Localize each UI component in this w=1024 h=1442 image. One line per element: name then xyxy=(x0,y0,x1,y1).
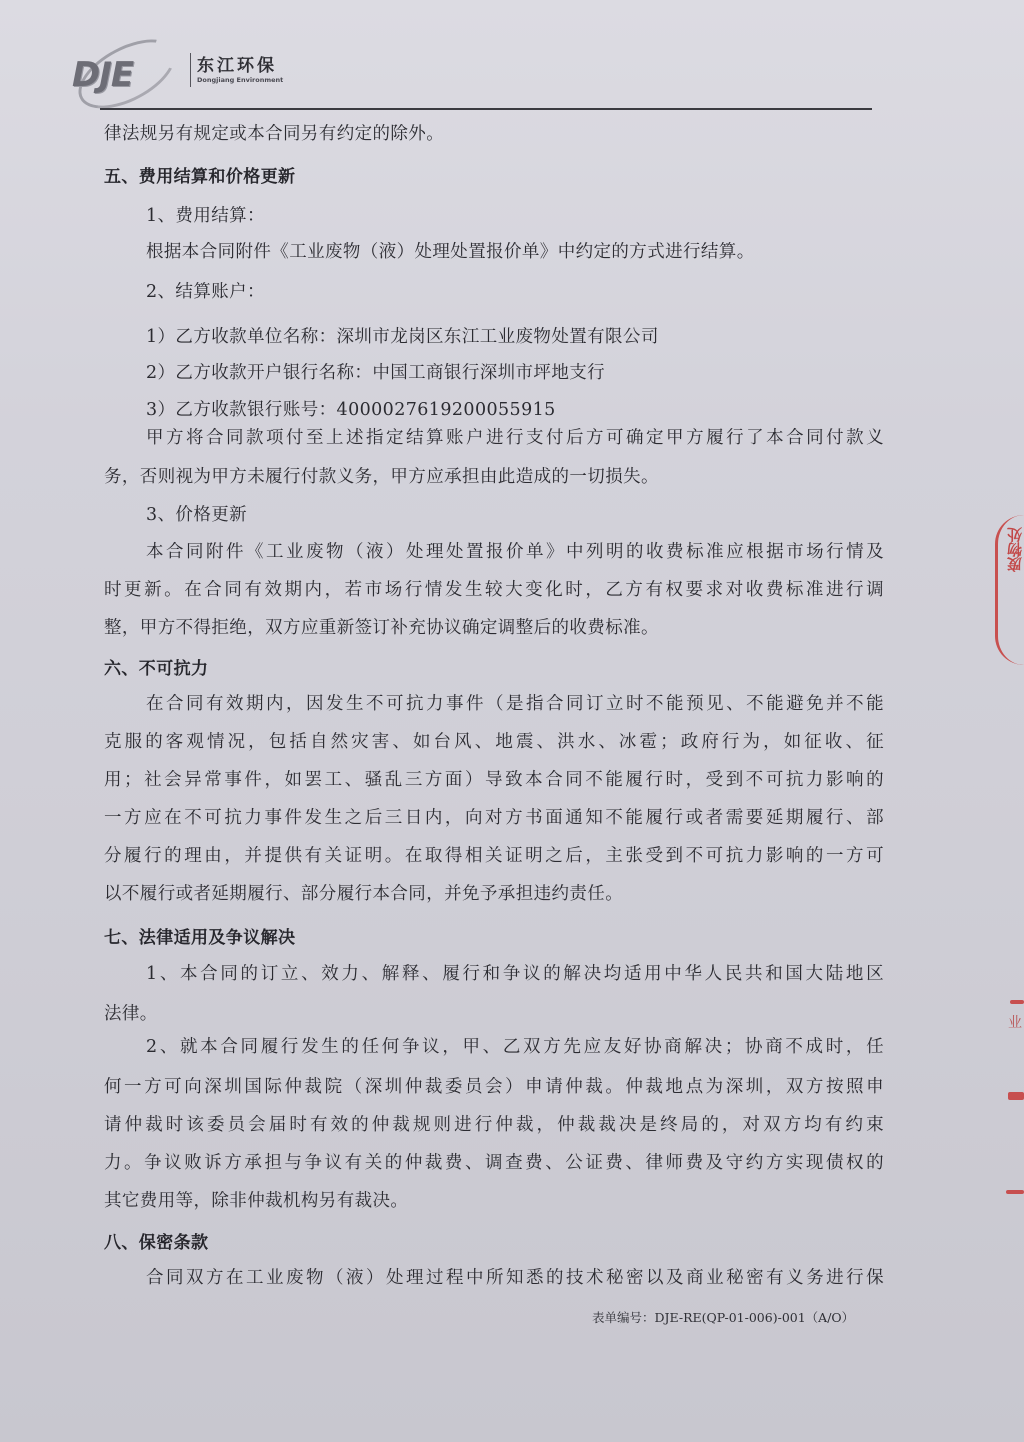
paragraph-line: 时更新。在合同有效期内，若市场行情发生较大变化时，乙方有权要求对收费标准进行调 xyxy=(104,576,884,601)
paragraph-line: 合同双方在工业废物（液）处理过程中所知悉的技术秘密以及商业秘密有义务进行保 xyxy=(146,1264,884,1289)
paragraph-line: 律法规另有规定或本合同另有约定的除外。 xyxy=(104,120,444,145)
paragraph-line: 分履行的理由，并提供有关证明。在取得相关证明之后，主张受到不可抗力影响的一方可 xyxy=(104,842,884,867)
paragraph-line: 用；社会异常事件，如罢工、骚乱三方面）导致本合同不能履行时，受到不可抗力影响的 xyxy=(104,766,884,791)
paragraph-line: 务，否则视为甲方未履行付款义务，甲方应承担由此造成的一切损失。 xyxy=(104,463,659,488)
section-heading-5: 五、费用结算和价格更新 xyxy=(104,162,295,187)
seal-stroke xyxy=(1006,1190,1024,1194)
subsection-heading: 1、费用结算： xyxy=(146,202,265,227)
logo-divider xyxy=(190,53,191,87)
form-number: 表单编号：DJE-RE(QP-01-006)-001（A/O） xyxy=(592,1308,854,1326)
paragraph-line: 其它费用等，除非仲裁机构另有裁决。 xyxy=(104,1187,408,1212)
logo-letters: DJE xyxy=(72,55,133,95)
paragraph-line: 克服的客观情况，包括自然灾害、如台风、地震、洪水、冰雹；政府行为，如征收、征 xyxy=(104,728,884,753)
company-logo-icon: DJE xyxy=(68,45,186,95)
paragraph-line: 2、就本合同履行发生的任何争议，甲、乙双方先应友好协商解决；协商不成时，任 xyxy=(146,1033,884,1058)
paragraph-line: 甲方将合同款项付至上述指定结算账户进行支付后方可确定甲方履行了本合同付款义 xyxy=(146,424,884,449)
paragraph-line: 一方应在不可抗力事件发生之后三日内，向对方书面通知不能履行或者需要延期履行、部 xyxy=(104,804,884,829)
subsection-heading: 3、价格更新 xyxy=(146,501,247,526)
payee-account: 3）乙方收款银行账号：4000027619200055915 xyxy=(146,396,556,421)
letterhead: DJE 东江环保 Dongjiang Environment xyxy=(68,40,283,100)
subsection-heading: 2、结算账户： xyxy=(146,278,265,303)
document-page: DJE 东江环保 Dongjiang Environment 律法规另有规定或本… xyxy=(0,0,1024,1442)
seal-char: 业 xyxy=(1008,1012,1022,1032)
paragraph-line: 以不履行或者延期履行、部分履行本合同，并免予承担违约责任。 xyxy=(104,880,623,905)
paragraph-line: 何一方可向深圳国际仲裁院（深圳仲裁委员会）申请仲裁。仲裁地点为深圳，双方按照申 xyxy=(104,1073,884,1098)
red-seal-stamp-upper: 废物处 xyxy=(995,515,1024,665)
logo-text: 东江环保 Dongjiang Environment xyxy=(197,56,283,85)
paragraph-line: 本合同附件《工业废物（液）处理处置报价单》中列明的收费标准应根据市场行情及 xyxy=(146,538,884,563)
company-name-en: Dongjiang Environment xyxy=(197,76,283,85)
paragraph-line: 整，甲方不得拒绝，双方应重新签订补充协议确定调整后的收费标准。 xyxy=(104,614,659,639)
payee-name: 1）乙方收款单位名称：深圳市龙岗区东江工业废物处置有限公司 xyxy=(146,323,659,348)
company-name-cn: 东江环保 xyxy=(197,56,283,76)
red-seal-stamp-lower: 业 xyxy=(1002,1000,1024,1205)
section-heading-8: 八、保密条款 xyxy=(104,1228,208,1253)
section-heading-7: 七、法律适用及争议解决 xyxy=(104,923,295,948)
section-heading-6: 六、不可抗力 xyxy=(104,654,208,679)
seal-stroke xyxy=(1010,1000,1024,1004)
header-divider xyxy=(100,108,872,110)
paragraph-line: 在合同有效期内，因发生不可抗力事件（是指合同订立时不能预见、不能避免并不能 xyxy=(146,690,884,715)
paragraph-line: 1、本合同的订立、效力、解释、履行和争议的解决均适用中华人民共和国大陆地区 xyxy=(146,960,884,985)
payee-bank: 2）乙方收款开户银行名称：中国工商银行深圳市坪地支行 xyxy=(146,359,605,384)
paragraph-line: 请仲裁时该委员会届时有效的仲裁规则进行仲裁，仲裁裁决是终局的，对双方均有约束 xyxy=(104,1111,884,1136)
seal-chars: 废物处 xyxy=(1002,527,1024,572)
seal-stroke xyxy=(1008,1092,1024,1100)
paragraph-line: 力。争议败诉方承担与争议有关的仲裁费、调查费、公证费、律师费及守约方实现债权的 xyxy=(104,1149,884,1174)
paragraph-line: 根据本合同附件《工业废物（液）处理处置报价单》中约定的方式进行结算。 xyxy=(146,238,755,263)
paragraph-line: 法律。 xyxy=(104,1000,158,1025)
